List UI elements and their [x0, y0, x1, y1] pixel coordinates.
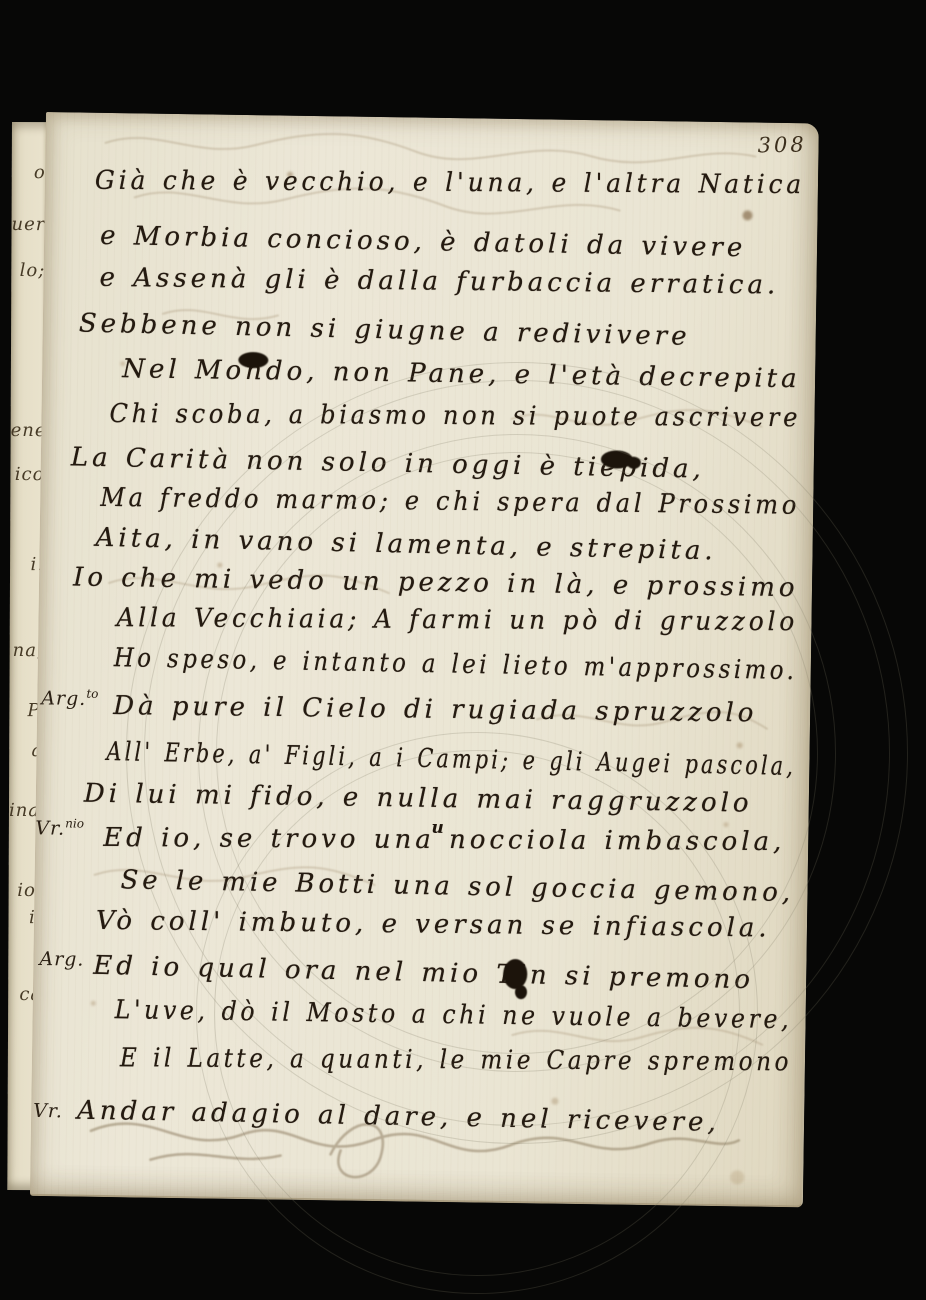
poem-line: Ed io, se trovo una nocciola imbascola,: [103, 825, 785, 855]
poem-line: Alla Vecchiaia; A farmi un pò di gruzzol…: [116, 605, 798, 635]
speaker-label: Vr.: [33, 1100, 63, 1122]
speaker-label: Arg.to: [41, 686, 98, 710]
manuscript-page: 308 Già che è vecchio, e l'una, e l'altr…: [30, 112, 819, 1207]
ink-blot: [238, 352, 268, 368]
poem-line: Chi scoba, a biasmo non si puote ascrive…: [109, 401, 801, 431]
poem-line: Ma freddo marmo; e chi spera dal Prossim…: [100, 485, 800, 519]
foxing-spot: [91, 1001, 96, 1006]
poem-line: e Assenà gli è dalla furbaccia erratica.: [99, 265, 779, 299]
poem-line: Vò coll' imbuto, e versan se infiascola.: [96, 908, 771, 942]
foxing-spot: [742, 210, 752, 220]
edge-fragment: lo;: [20, 260, 46, 281]
speaker-label: Vr.nio: [35, 816, 84, 840]
edge-fragment: uero,: [12, 214, 46, 235]
interlinear-note: u: [431, 818, 444, 838]
poem-line: Dà pure il Cielo di rugiada spruzzolo: [113, 693, 758, 726]
foxing-spot: [737, 742, 743, 748]
foxing-spot: [551, 1098, 558, 1105]
poem-line: E il Latte, a quanti, le mie Capre sprem…: [120, 1045, 792, 1075]
speaker-label: Arg.: [39, 948, 84, 971]
manuscript-photo: ouero,lo;enero,icoi.na,P.aiina.io,i.ca. …: [0, 0, 926, 1300]
edge-fragment: enero,: [11, 420, 45, 441]
ink-blot: [627, 457, 641, 469]
poem-line: Già che è vecchio, e l'una, e l'altra Na…: [95, 168, 805, 198]
